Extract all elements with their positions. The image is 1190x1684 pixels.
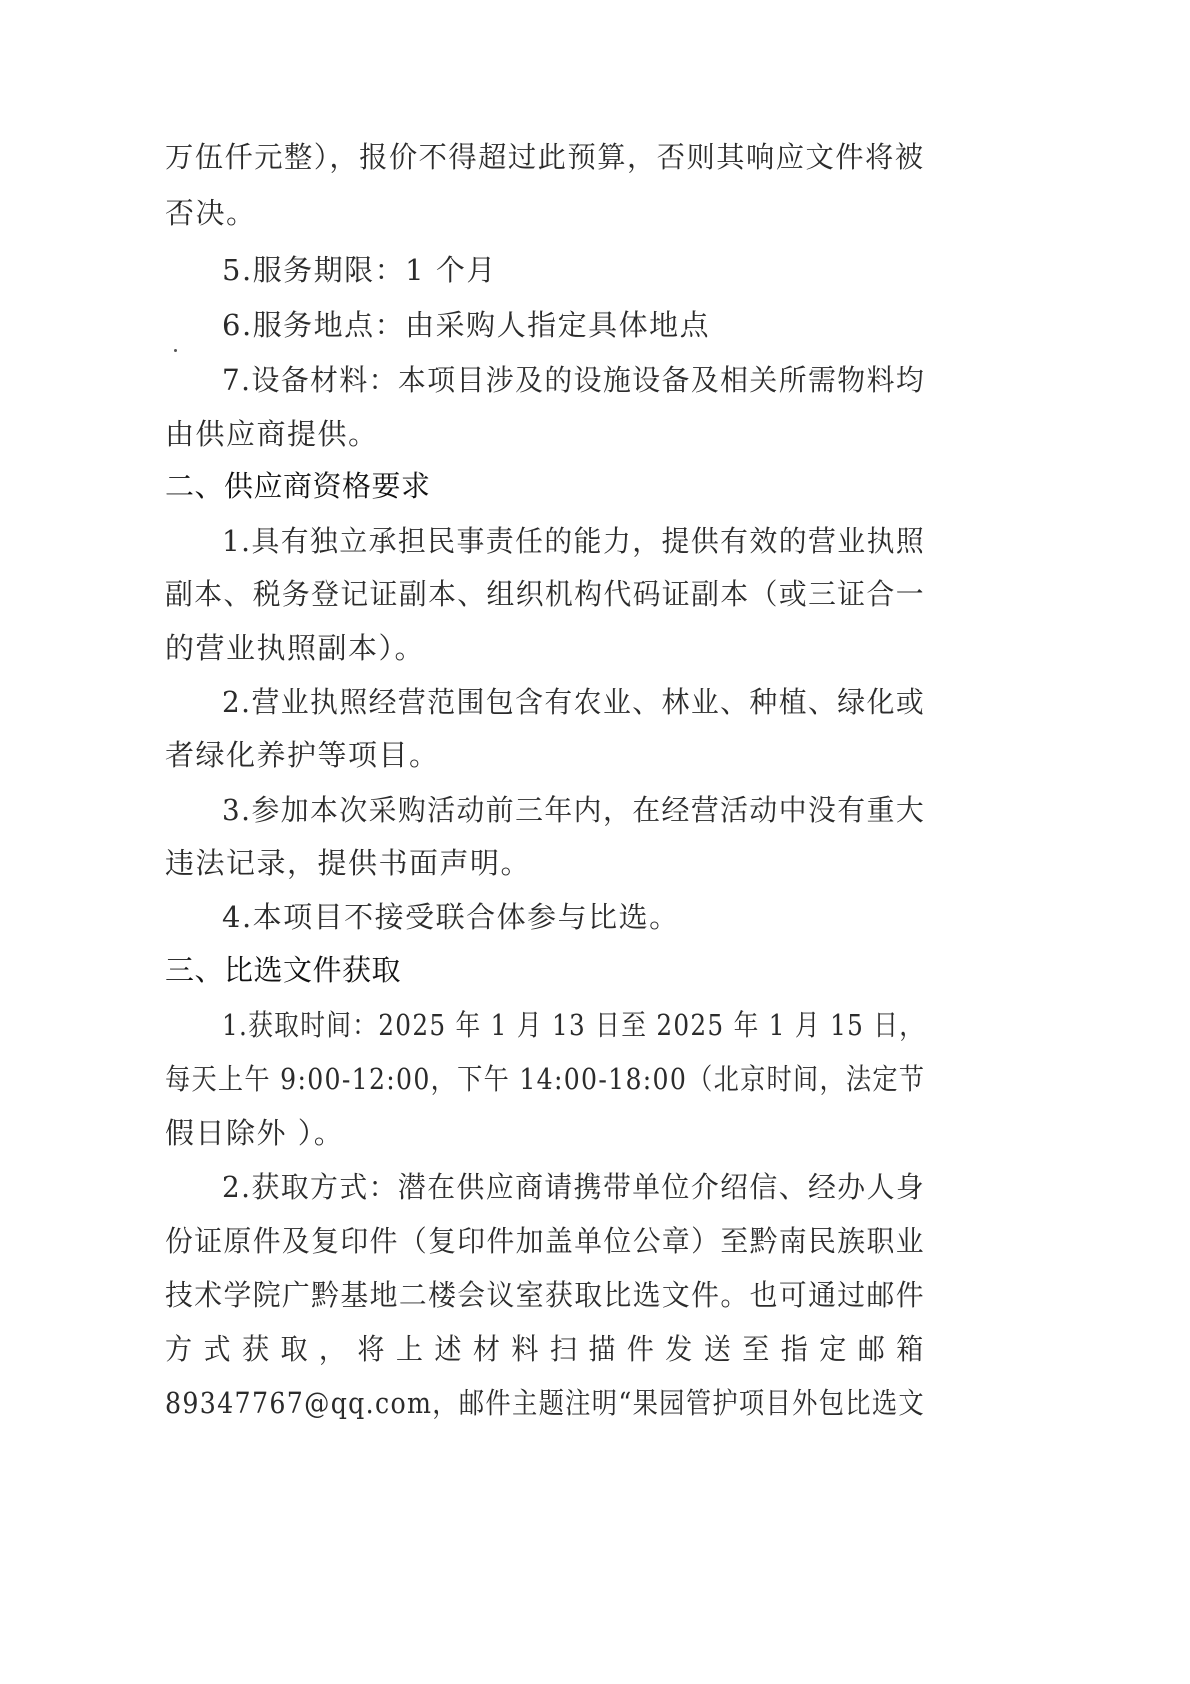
item-acquisition-time: 1.获取时间：2025 年 1 月 13 日至 2025 年 1 月 15 日， <box>222 1005 925 1045</box>
item-no-consortium: 4.本项目不接受联合体参与比选。 <box>222 897 680 937</box>
document-page: 万伍仟元整），报价不得超过此预算，否则其响应文件将被 否决。 5.服务期限：1 … <box>0 0 1190 1684</box>
paragraph-line-business-license: 的营业执照副本）。 <box>165 628 425 668</box>
paragraph-line-id-documents: 份证原件及复印件（复印件加盖单位公章）至黔南民族职业 <box>165 1221 925 1261</box>
section-heading-document-acquisition: 三、比选文件获取 <box>165 950 401 990</box>
paragraph-line-rejection: 否决。 <box>165 193 257 233</box>
item-legal-capacity: 1.具有独立承担民事责任的能力，提供有效的营业执照 <box>222 521 925 561</box>
paragraph-line-daily-hours: 每天上午 9:00-12:00，下午 14:00-18:00（北京时间，法定节 <box>165 1059 925 1099</box>
paragraph-line-certificates: 副本、税务登记证副本、组织机构代码证副本（或三证合一 <box>165 574 925 614</box>
section-heading-supplier-qualifications: 二、供应商资格要求 <box>165 466 431 506</box>
paragraph-line-written-statement: 违法记录，提供书面声明。 <box>165 843 531 883</box>
item-service-period: 5.服务期限：1 个月 <box>222 250 497 290</box>
paragraph-line-holidays: 假日除外 ）。 <box>165 1113 344 1153</box>
paragraph-line-meeting-room: 技术学院广黔基地二楼会议室获取比选文件。也可通过邮件 <box>165 1275 925 1315</box>
paragraph-line-budget: 万伍仟元整），报价不得超过此预算，否则其响应文件将被 <box>165 137 925 177</box>
item-equipment-materials: 7.设备材料：本项目涉及的设施设备及相关所需物料均 <box>222 360 925 400</box>
scan-speck <box>174 349 177 352</box>
paragraph-line-email-method: 方 式 获 取 ， 将 上 述 材 料 扫 描 件 发 送 至 指 定 邮 箱 <box>165 1329 925 1369</box>
paragraph-line-greening: 者绿化养护等项目。 <box>165 735 440 775</box>
item-service-location: 6.服务地点：由采购人指定具体地点 <box>222 305 710 345</box>
item-no-violations: 3.参加本次采购活动前三年内，在经营活动中没有重大 <box>222 790 925 830</box>
item-business-scope: 2.营业执照经营范围包含有农业、林业、种植、绿化或 <box>222 682 925 722</box>
paragraph-line-supplier-provided: 由供应商提供。 <box>165 414 379 454</box>
item-acquisition-method: 2.获取方式：潜在供应商请携带单位介绍信、经办人身 <box>222 1167 925 1207</box>
paragraph-line-email-address: 89347767@qq.com，邮件主题注明“果园管护项目外包比选文 <box>165 1383 925 1423</box>
